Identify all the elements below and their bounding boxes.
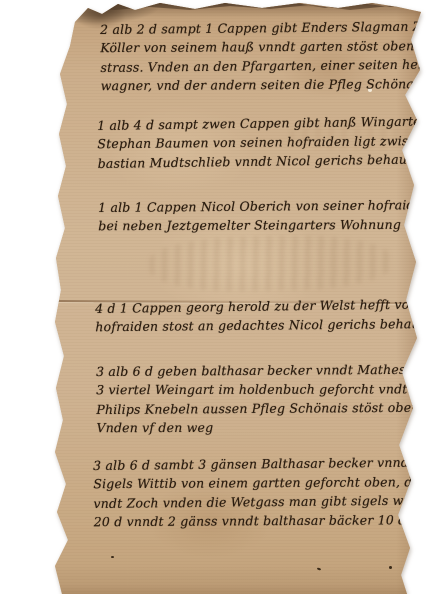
manuscript-line: wagner, vnd der andern seiten die Pfleg … [101, 74, 426, 95]
manuscript-line: 3 alb 6 d geben balthasar becker vnndt M… [96, 359, 426, 381]
manuscript-line: 3 viertel Weingart im holdenbuch geforch… [96, 379, 426, 399]
manuscript-line: 1 alb 1 Cappen Nicol Oberich von seiner … [98, 195, 426, 217]
ink-speck [111, 556, 114, 558]
manuscript-paragraph-5: 3 alb 6 d geben balthasar becker vnndt M… [96, 359, 426, 438]
manuscript-line: bastian Mudtschlieb vnndt Nicol gerichs … [98, 149, 426, 173]
manuscript-line: bei neben Jeztgemelter Steingarters Wohn… [98, 215, 426, 236]
manuscript-line: Vnden vf den weg [96, 417, 426, 437]
ink-speck [317, 567, 321, 570]
manuscript-line: 20 d vnndt 2 gänss vnndt balthasar bäcke… [94, 510, 426, 531]
paper-sheet: 2 2 alb 2 d sampt 1 Cappen gibt Enders S… [0, 0, 426, 594]
manuscript-paragraph-6: 3 alb 6 d sambt 3 gänsen Balthasar becke… [93, 452, 426, 532]
ink-speck [389, 566, 392, 569]
page-number: 2 [51, 38, 62, 57]
manuscript-paragraph-1: 2 alb 2 d sampt 1 Cappen gibt Enders Sla… [100, 16, 426, 96]
manuscript-scan: 2 2 alb 2 d sampt 1 Cappen gibt Enders S… [0, 0, 426, 594]
ink-bleedthrough-patch [150, 234, 391, 293]
manuscript-line: hofraiden stost an gedachtes Nicol geric… [95, 314, 426, 336]
manuscript-line: Köller von seinem hauß vnndt garten stös… [100, 36, 426, 57]
manuscript-paragraph-4: 4 d 1 Cappen georg herold zu der Welst h… [95, 294, 426, 337]
paper-wrap: 2 2 alb 2 d sampt 1 Cappen gibt Enders S… [0, 0, 426, 594]
manuscript-paragraph-3: 1 alb 1 Cappen Nicol Oberich von seiner … [98, 195, 426, 236]
manuscript-paragraph-2: 1 alb 4 d sampt zwen Cappen gibt hanß Wi… [97, 111, 426, 173]
manuscript-line: Philips Knebeln aussen Pfleg Schönais st… [96, 397, 426, 419]
